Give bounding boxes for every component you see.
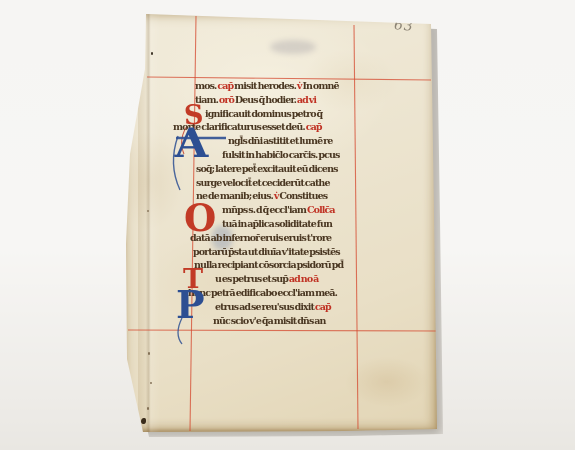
text-block: mos. cap̄ misit herodes. v̇ In omnētiam.… — [124, 14, 437, 432]
rubric-text: Collc̄a — [307, 205, 335, 216]
text-line: nulla recipiant cōsorcia psidorū pd̄ — [194, 259, 343, 273]
text-line: fulsit in habic̄lo carc̄is. pcus — [222, 149, 339, 163]
text-line: mn̄ps s. d q̄ eccl'iam Collc̄a — [222, 204, 335, 218]
text-line: surge velocit̄ et ceciderūt cathe — [196, 177, 330, 191]
manuscript-leaf: mos. cap̄ misit herodes. v̇ In omnētiam.… — [124, 14, 437, 432]
rubric-text: orō — [219, 95, 235, 106]
body-text: fulsit in habic̄lo carc̄is. pcus — [222, 150, 339, 161]
text-line: nūc scio v'e q̄a misit dn̄s an — [213, 315, 326, 329]
folio-number: 63 — [393, 17, 414, 35]
body-text: In omnē — [302, 81, 338, 92]
text-line: etrus ad se reu'sus dixit cap̄ — [215, 301, 331, 315]
text-line: soq̄; latere pet̄ excitauit eū dicens — [196, 163, 338, 177]
sewing-hole — [150, 382, 152, 384]
text-line: hanc petrā edificabo eccl'iam meā. — [188, 287, 337, 301]
body-text: ignificauit dominus petro q̄ — [205, 109, 322, 120]
body-text: hanc petrā edificabo eccl'iam meā. — [188, 288, 337, 299]
body-text: u es petrus et sup̄ — [215, 274, 289, 285]
body-text: surge velocit̄ et ceciderūt cathe — [196, 178, 330, 189]
body-text: Deus q̄ hodier. — [235, 95, 297, 106]
speck — [147, 210, 149, 212]
rubric-text: ad vi — [297, 95, 316, 106]
decorated-initial-P: P — [176, 286, 205, 324]
body-text: Constitues — [279, 191, 327, 202]
corner-stain — [141, 418, 146, 424]
sewing-hole — [148, 352, 150, 355]
body-text: soq̄; latere pet̄ excitauit eū dicens — [196, 164, 338, 175]
body-text: mn̄ps s. d q̄ eccl'iam — [222, 205, 307, 216]
body-text: tuā in ap̄lica soliditate fun — [222, 219, 332, 230]
text-line: tiam. orō Deus q̄ hodier. ad vi — [195, 94, 316, 108]
rubric-text: ad no ā — [289, 274, 319, 285]
photograph-background: mos. cap̄ misit herodes. v̇ In omnētiam.… — [0, 0, 575, 450]
rubric-text: cap̄ — [315, 302, 331, 313]
body-text: etrus ad se reu'sus dixit — [215, 302, 315, 313]
sewing-hole — [147, 407, 149, 410]
rubric-text: cap̄ — [217, 81, 234, 92]
decorated-initial-A: A — [175, 124, 209, 164]
body-text: mos. — [195, 81, 217, 92]
body-text: misit herodes. — [234, 81, 297, 92]
text-line: tuā in ap̄lica soliditate fun — [222, 218, 332, 232]
text-line: ignificauit dominus petro q̄ — [205, 108, 322, 122]
speck — [151, 52, 153, 55]
text-line: u es petrus et sup̄ ad no ā — [215, 273, 318, 287]
body-text: portarū p̄sta ut diuīa v'itate psistēs — [193, 247, 340, 258]
text-line: mos. cap̄ misit herodes. v̇ In omnē — [195, 80, 339, 94]
text-line: ngl̄s dn̄i astitit et lumē re — [228, 135, 332, 149]
text-line: portarū p̄sta ut diuīa v'itate psistēs — [193, 246, 340, 260]
decorated-initial-O: O — [184, 200, 216, 237]
body-text: ngl̄s dn̄i astitit et lumē re — [228, 136, 332, 147]
body-text: nulla recipiant cōsorcia psidorū pd̄ — [194, 260, 343, 271]
rubric-text: cap̄ — [306, 122, 322, 133]
body-text: nūc scio v'e q̄a misit dn̄s an — [213, 316, 326, 327]
